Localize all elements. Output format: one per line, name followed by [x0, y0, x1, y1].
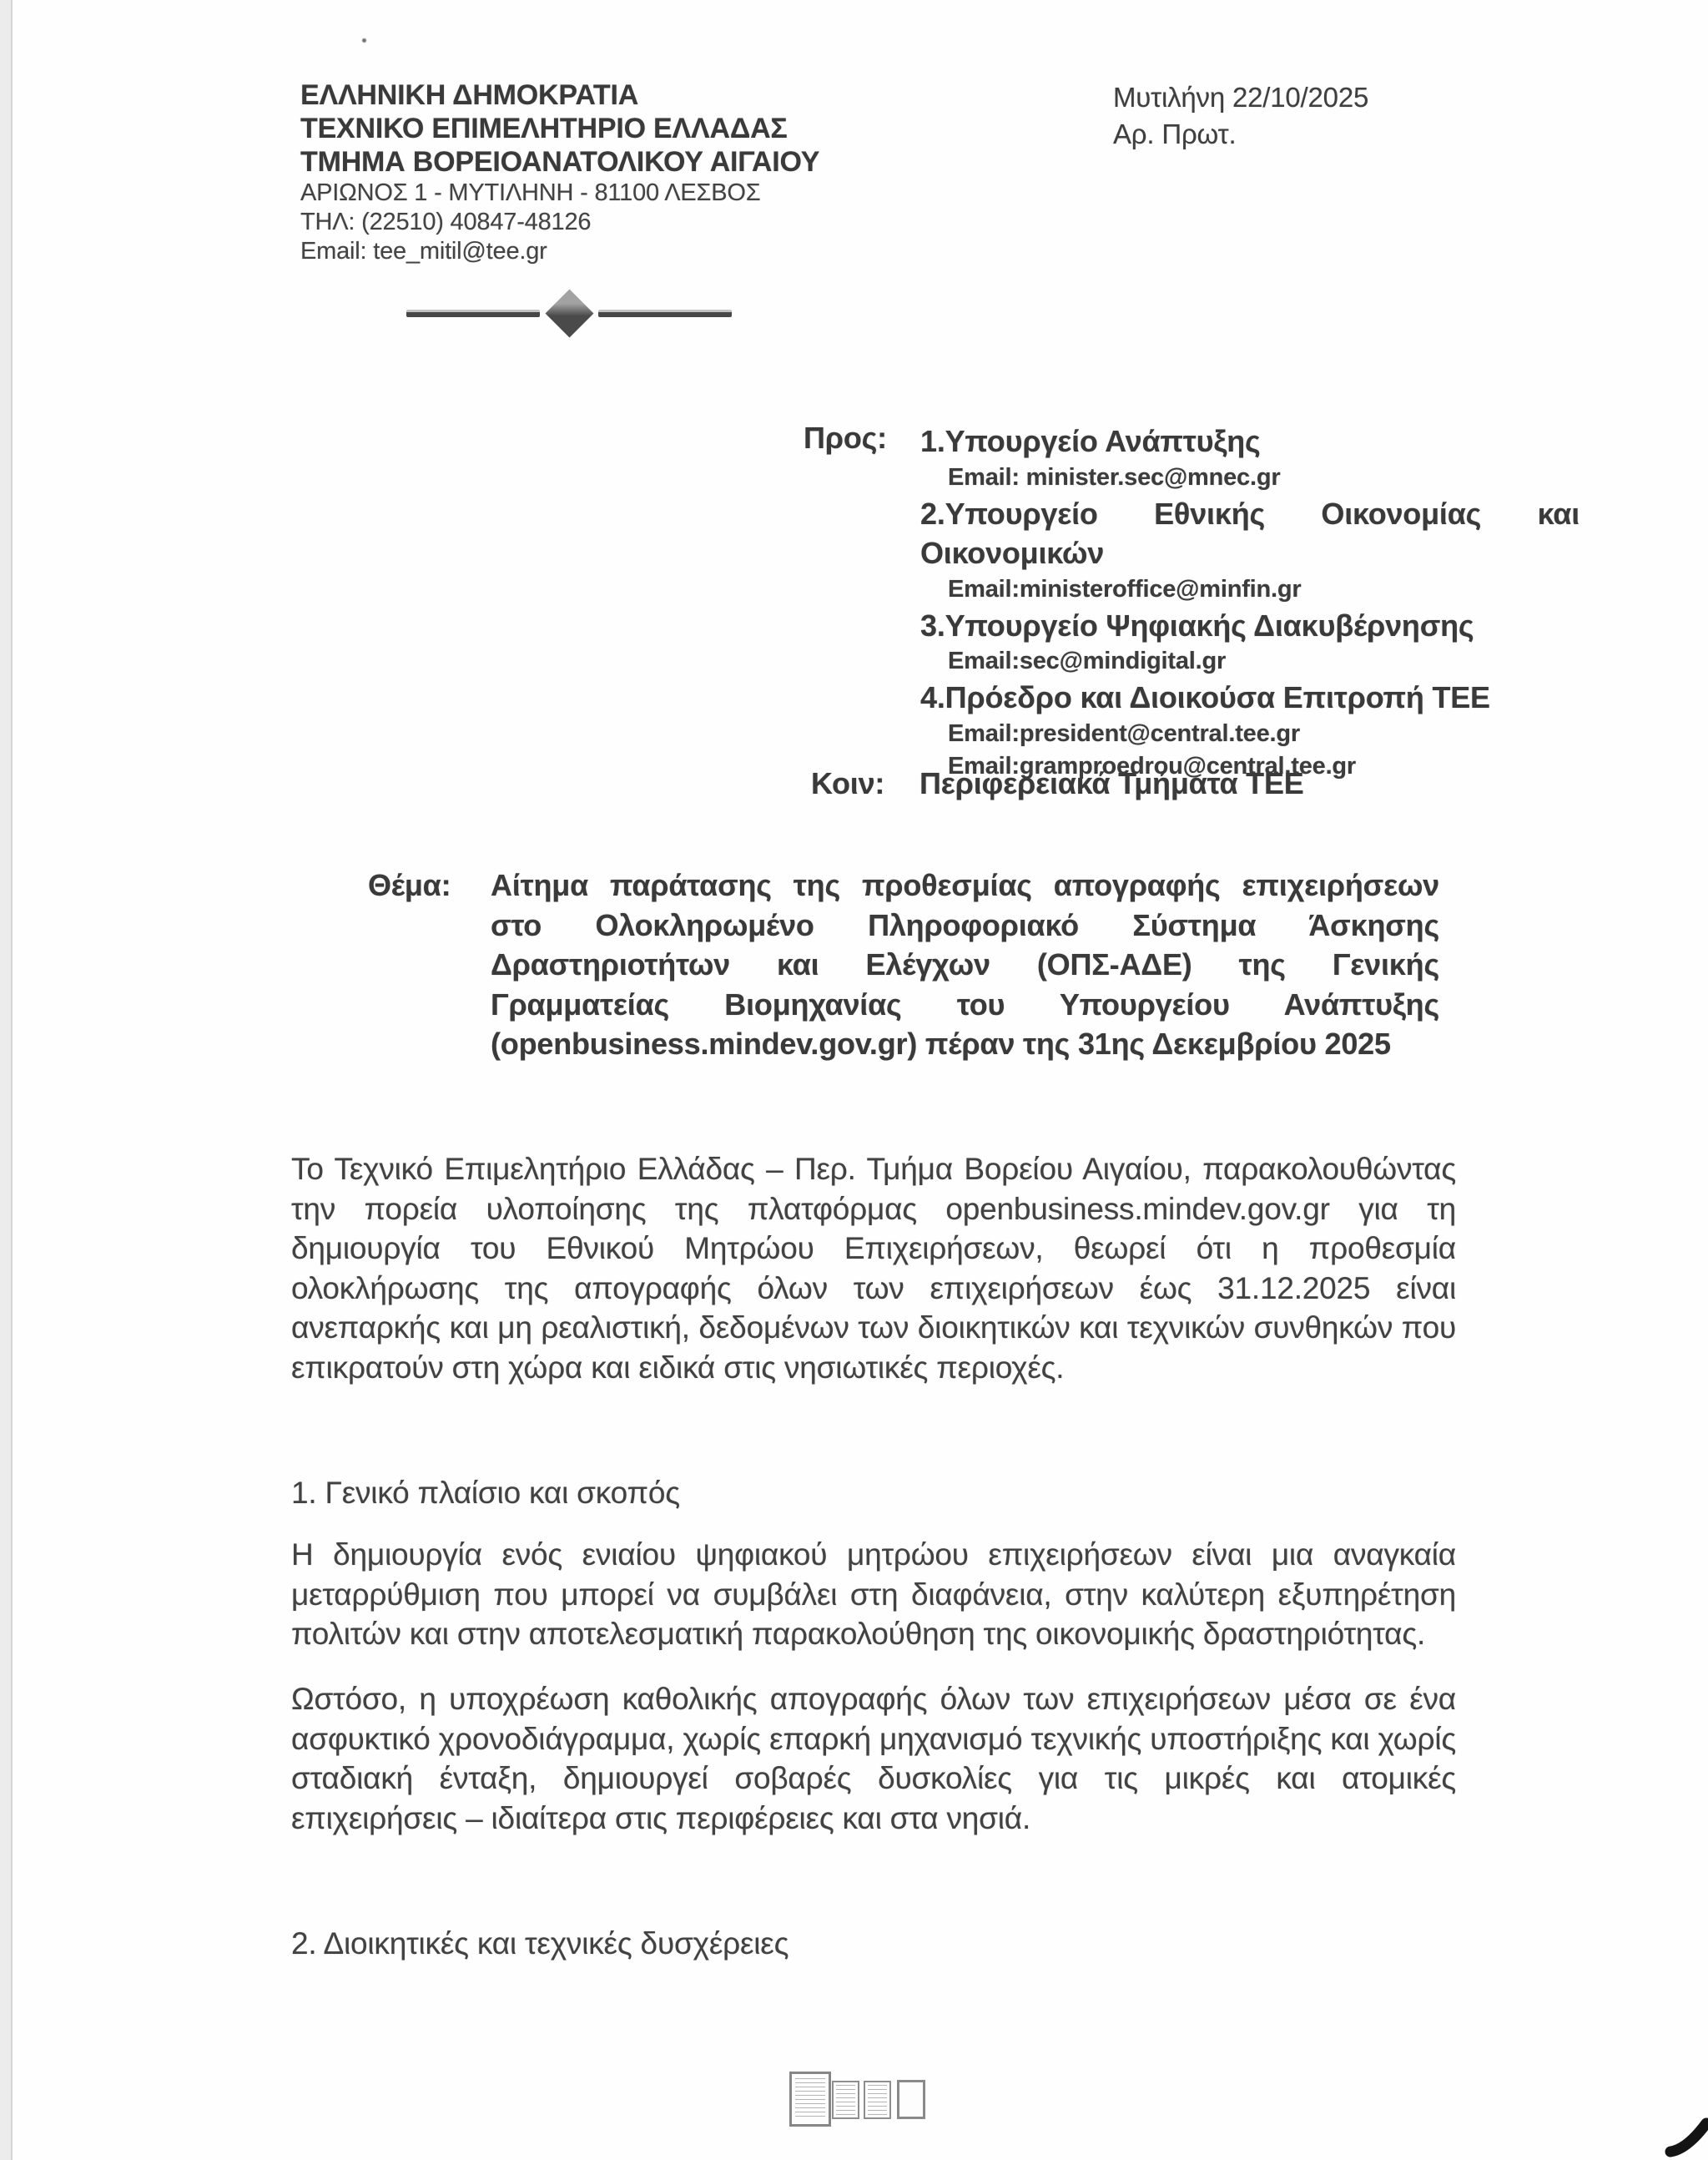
pen-swoosh-artifact — [1659, 2110, 1708, 2160]
recipient-title: 1.Υπουργείο Ανάπτυξης — [920, 421, 1580, 462]
page-thumbnail-2-icon — [832, 2081, 859, 2119]
place-date: Μυτιλήνη 22/10/2025 — [1113, 79, 1368, 116]
text-line: δημιουργία του Εθνικού Μητρώου Επιχειρήσ… — [291, 1229, 1456, 1269]
section-heading-2: 2. Διοικητικές και τεχνικές δυσχέρειες — [291, 1924, 1456, 1964]
text-line: ανεπαρκής και μη ρεαλιστική, δεδομένων τ… — [291, 1308, 1456, 1348]
protocol-number-label: Αρ. Πρωτ. — [1113, 116, 1368, 153]
text-line: 1.Υπουργείο Ανάπτυξης — [920, 421, 1580, 462]
scan-speck-artifact — [362, 38, 366, 43]
divider-line-left — [406, 310, 540, 317]
sender-address: ΑΡΙΩΝΟΣ 1 - ΜΥΤΙΛΗΝΗ - 81100 ΛΕΣΒΟΣ — [300, 179, 819, 208]
recipient-email: Email:ministeroffice@minfin.gr — [920, 573, 1580, 606]
text-line: ασφυκτικό χρονοδιάγραμμα, χωρίς επαρκή μ… — [291, 1719, 1456, 1759]
sender-letterhead: ΕΛΛΗΝΙΚΗ ΔΗΜΟΚΡΑΤΙΑ ΤΕΧΝΙΚΟ ΕΠΙΜΕΛΗΤΗΡΙΟ… — [300, 78, 819, 266]
recipient-email: Email: minister.sec@mnec.gr — [920, 462, 1580, 494]
recipient-email: Email:sec@mindigital.gr — [920, 645, 1580, 678]
recipient-item: 3.Υπουργείο Ψηφιακής Διακυβέρνησης Email… — [920, 606, 1580, 679]
recipient-email: Email:president@central.tee.gr — [920, 718, 1580, 750]
sender-country: ΕΛΛΗΝΙΚΗ ΔΗΜΟΚΡΑΤΙΑ — [300, 78, 819, 112]
text-line: 4.Πρόεδρο και Διοικούσα Επιτροπή ΤΕΕ — [920, 678, 1580, 718]
recipient-title: 2.Υπουργείο Εθνικής Οικονομίας καιΟικονο… — [920, 494, 1580, 573]
text-line: 2.Υπουργείο Εθνικής Οικονομίας και — [920, 494, 1580, 534]
diamond-ornament-icon — [545, 289, 593, 337]
thumbnail-text-pattern — [868, 2085, 887, 2115]
recipient-title: 3.Υπουργείο Ψηφιακής Διακυβέρνησης — [920, 606, 1580, 646]
page-thumbnails-strip — [789, 2072, 940, 2132]
date-protocol-block: Μυτιλήνη 22/10/2025 Αρ. Πρωτ. — [1113, 79, 1368, 153]
text-line: επιχειρήσεις – ιδιαίτερα στις περιφέρειε… — [291, 1799, 1456, 1839]
text-line: επικρατούν στη χώρα και ειδικά στις νησι… — [291, 1348, 1456, 1388]
text-line: πολιτών και στην αποτελεσματική παρακολο… — [291, 1614, 1456, 1654]
recipient-item: 2.Υπουργείο Εθνικής Οικονομίας καιΟικονο… — [920, 494, 1580, 606]
section-heading-1: 1. Γενικό πλαίσιο και σκοπός — [291, 1473, 1456, 1513]
divider-line-right — [598, 310, 732, 317]
text-line: Η δημιουργία ενός ενιαίου ψηφιακού μητρώ… — [291, 1535, 1456, 1575]
cc-text: Περιφερειακά Τμήματα ΤΕΕ — [919, 767, 1304, 800]
text-line: στο Ολοκληρωμένο Πληροφοριακό Σύστημα Άσ… — [491, 906, 1439, 946]
text-line: μεταρρύθμιση που μπορεί να συμβάλει στη … — [291, 1575, 1456, 1615]
text-line: 3.Υπουργείο Ψηφιακής Διακυβέρνησης — [920, 606, 1580, 646]
scan-left-edge — [0, 0, 13, 2160]
recipients-list: 1.Υπουργείο Ανάπτυξης Email: minister.se… — [920, 421, 1580, 783]
subject-label: Θέμα: — [368, 866, 491, 1064]
text-line: Οικονομικών — [920, 533, 1580, 573]
to-label: Προς: — [804, 421, 920, 783]
text-line: σταδιακή ένταξη, δημιουργεί σοβαρές δυσκ… — [291, 1759, 1456, 1799]
cc-label: Κοιν: — [811, 767, 919, 800]
page-thumbnail-4-icon — [897, 2080, 925, 2119]
body-paragraph-1: Το Τεχνικό Επιμελητήριο Ελλάδας – Περ. Τ… — [291, 1149, 1456, 1387]
text-line: Ωστόσο, η υποχρέωση καθολικής απογραφής … — [291, 1679, 1456, 1719]
text-line: ολοκλήρωσης της απογραφής όλων των επιχε… — [291, 1269, 1456, 1309]
sender-phone: ΤΗΛ: (22510) 40847-48126 — [300, 208, 819, 237]
cc-section: Κοιν: Περιφερειακά Τμήματα ΤΕΕ — [811, 767, 1304, 800]
text-line: Δραστηριοτήτων και Ελέγχων (ΟΠΣ-ΑΔΕ) της… — [491, 945, 1439, 985]
letterhead-divider — [406, 288, 732, 338]
page-thumbnail-3-icon — [864, 2081, 891, 2119]
recipient-item: 1.Υπουργείο Ανάπτυξης Email: minister.se… — [920, 421, 1580, 494]
thumbnail-text-pattern — [795, 2078, 825, 2120]
sender-department: ΤΜΗΜΑ ΒΟΡΕΙΟΑΝΑΤΟΛΙΚΟΥ ΑΙΓΑΙΟΥ — [300, 145, 819, 179]
subject-section: Θέμα: Αίτημα παράτασης της προθεσμίας απ… — [368, 866, 1439, 1064]
text-line: την πορεία υλοποίησης της πλατφόρμας ope… — [291, 1189, 1456, 1229]
body-paragraph-3: Ωστόσο, η υποχρέωση καθολικής απογραφής … — [291, 1679, 1456, 1838]
recipients-section: Προς: 1.Υπουργείο Ανάπτυξης Email: minis… — [804, 421, 1580, 783]
recipient-title: 4.Πρόεδρο και Διοικούσα Επιτροπή ΤΕΕ — [920, 678, 1580, 718]
sender-organization: ΤΕΧΝΙΚΟ ΕΠΙΜΕΛΗΤΗΡΙΟ ΕΛΛΑΔΑΣ — [300, 112, 819, 145]
scanned-letter-page: ΕΛΛΗΝΙΚΗ ΔΗΜΟΚΡΑΤΙΑ ΤΕΧΝΙΚΟ ΕΠΙΜΕΛΗΤΗΡΙΟ… — [0, 0, 1708, 2160]
text-line: (openbusiness.mindev.gov.gr) πέραν της 3… — [491, 1024, 1439, 1064]
thumbnail-text-pattern — [836, 2085, 855, 2115]
sender-email: Email: tee_mitil@tee.gr — [300, 237, 819, 266]
subject-text: Αίτημα παράτασης της προθεσμίας απογραφή… — [491, 866, 1439, 1064]
text-line: Το Τεχνικό Επιμελητήριο Ελλάδας – Περ. Τ… — [291, 1149, 1456, 1189]
text-line: Γραμματείας Βιομηχανίας του Υπουργείου Α… — [491, 985, 1439, 1025]
body-paragraph-2: Η δημιουργία ενός ενιαίου ψηφιακού μητρώ… — [291, 1535, 1456, 1654]
text-line: Αίτημα παράτασης της προθεσμίας απογραφή… — [491, 866, 1439, 906]
page-thumbnail-1-icon — [789, 2072, 831, 2127]
